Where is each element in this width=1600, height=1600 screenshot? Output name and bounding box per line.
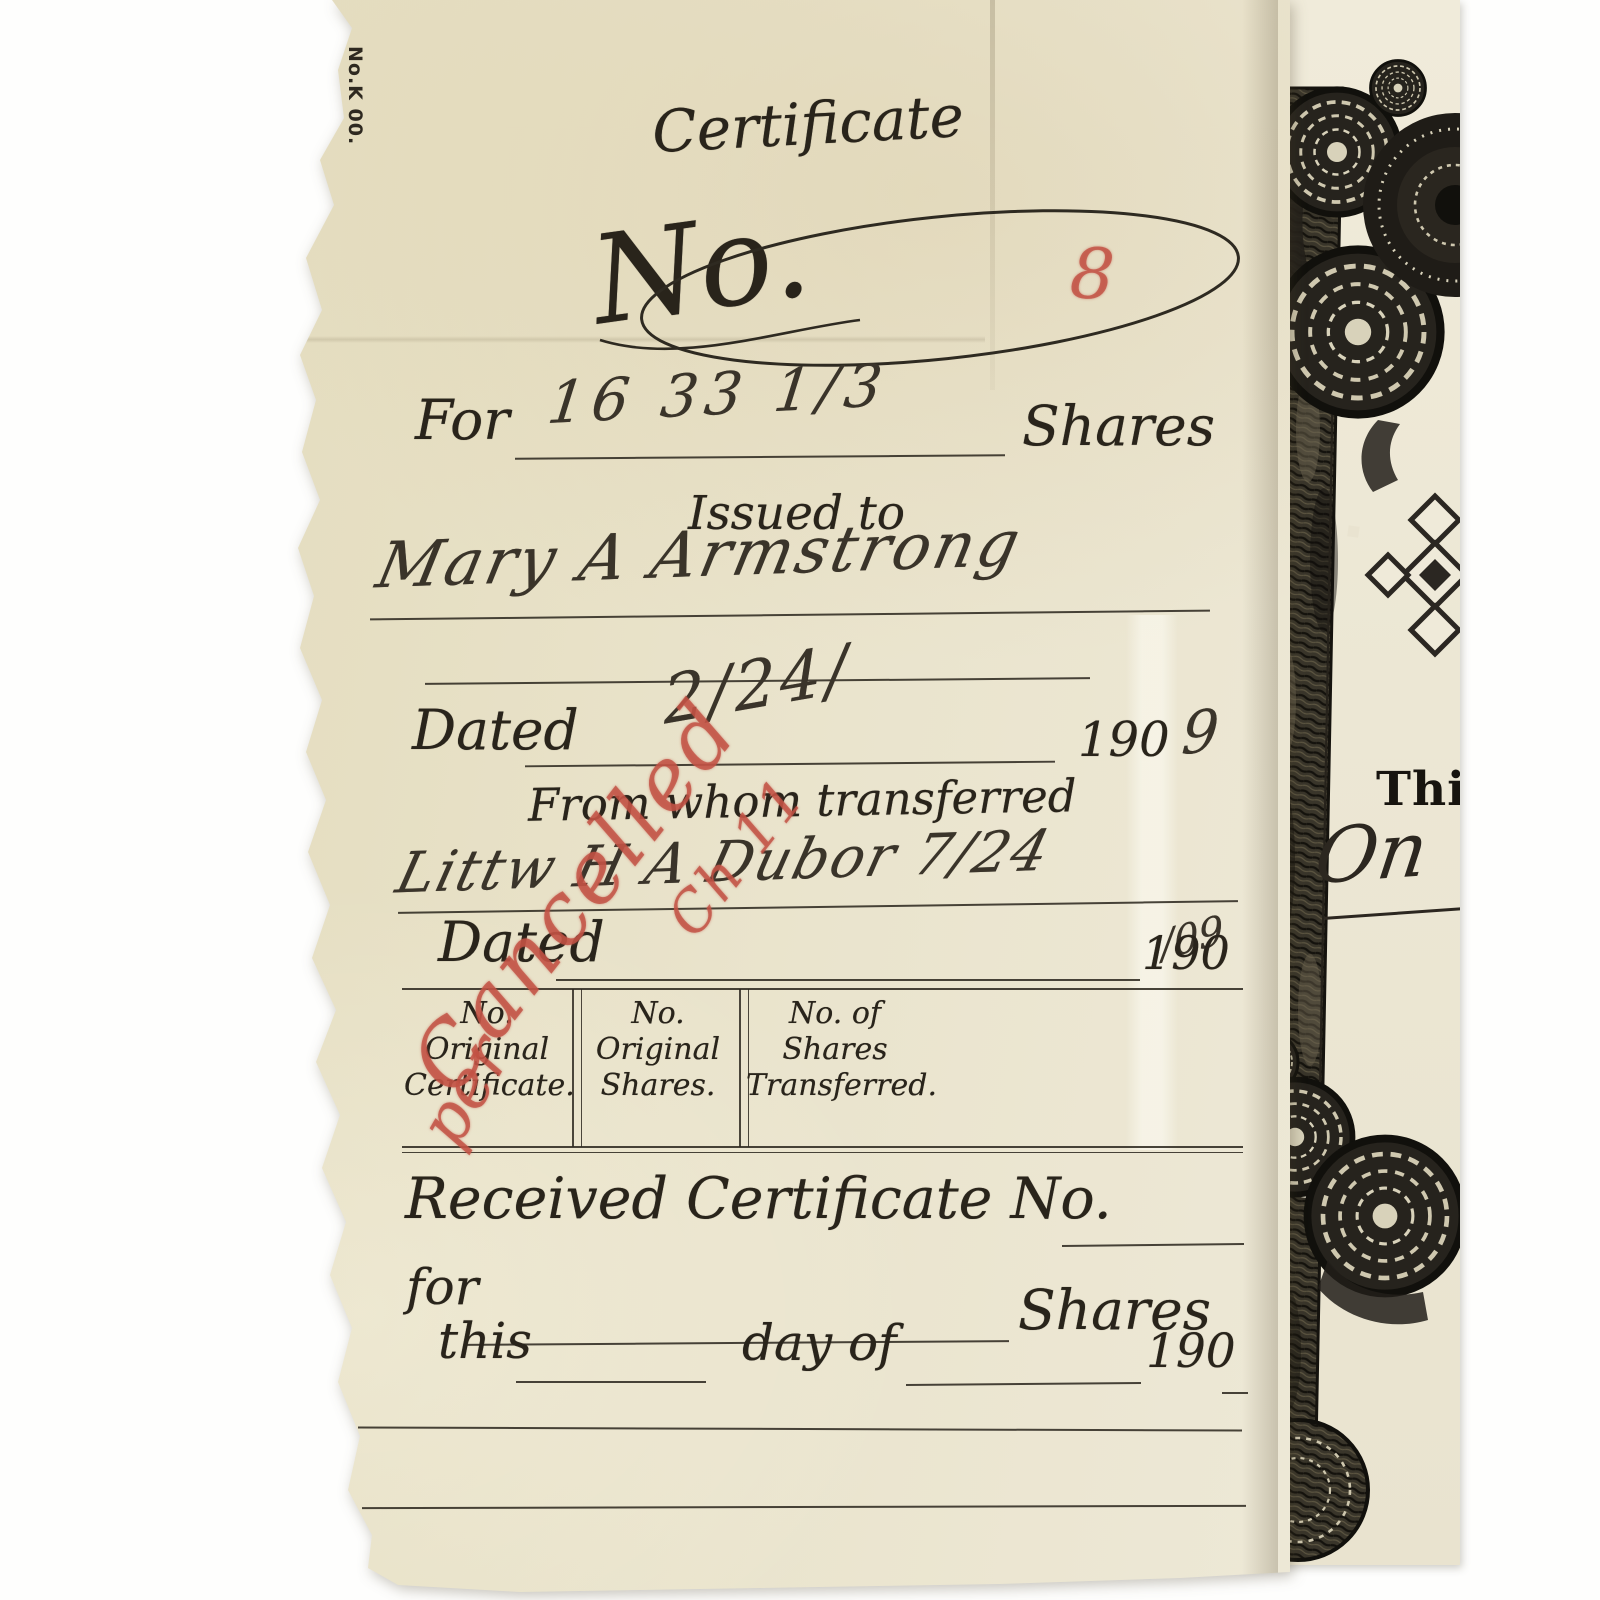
table-bottom-border-2 [402, 1152, 1243, 1153]
dated-year-printed: 190 [1078, 712, 1170, 768]
this-fill-line [516, 1381, 706, 1383]
dated2-fill-line [556, 979, 1140, 981]
for2-fill-line [464, 1340, 1009, 1346]
blank-line-2 [362, 1505, 1246, 1509]
table-col2-header: No. Original Shares. [578, 996, 738, 1104]
blank-line-1 [358, 1426, 1242, 1431]
shares-label: Shares [1022, 394, 1215, 458]
table-col2-line1: No. Original [596, 996, 720, 1067]
issued-to-value-handwritten: Mary A Armstrong [370, 506, 1029, 602]
shares-fill-line [515, 454, 1005, 460]
table-col3-header: No. of Shares Transferred. [746, 996, 924, 1104]
certificate-number-stamp: 8 [1068, 232, 1117, 316]
day-of-label: day of [742, 1314, 897, 1372]
tape-repair [1126, 615, 1178, 1150]
issued-to-fill-line [370, 610, 1210, 621]
dated-fill-line [525, 761, 1055, 768]
received-fill-line [1062, 1243, 1244, 1247]
form-number-note: No.K 00. [344, 46, 366, 145]
certificate-stub-photo: Thi On No.K 00. Certificate No. 8 For 16… [0, 0, 1600, 1600]
dated2-year-printed: 190 [1142, 926, 1230, 980]
table-col2-line2: Shares. [601, 1068, 716, 1103]
stub-paper: No.K 00. Certificate No. 8 For 16 33 1/3… [0, 0, 1290, 1600]
year3-printed: 190 [1146, 1324, 1236, 1379]
stub-paper-wrap: No.K 00. Certificate No. 8 For 16 33 1/3… [0, 0, 1600, 1600]
for2-label: for [406, 1258, 479, 1316]
dated-year-handwritten: 9 [1180, 696, 1222, 769]
table-col3-line1: No. of Shares [782, 996, 887, 1067]
dated-label: Dated [412, 698, 579, 762]
certificate-title: Certificate [646, 82, 969, 167]
this-label: this [438, 1312, 532, 1370]
for-label: For [415, 388, 510, 452]
day-of-fill-line [906, 1382, 1141, 1386]
year3-fill-line [1222, 1392, 1248, 1394]
received-label: Received Certificate No. [405, 1166, 1112, 1232]
table-col3-line2: Transferred. [746, 1068, 937, 1103]
table-bottom-border [402, 1146, 1243, 1148]
